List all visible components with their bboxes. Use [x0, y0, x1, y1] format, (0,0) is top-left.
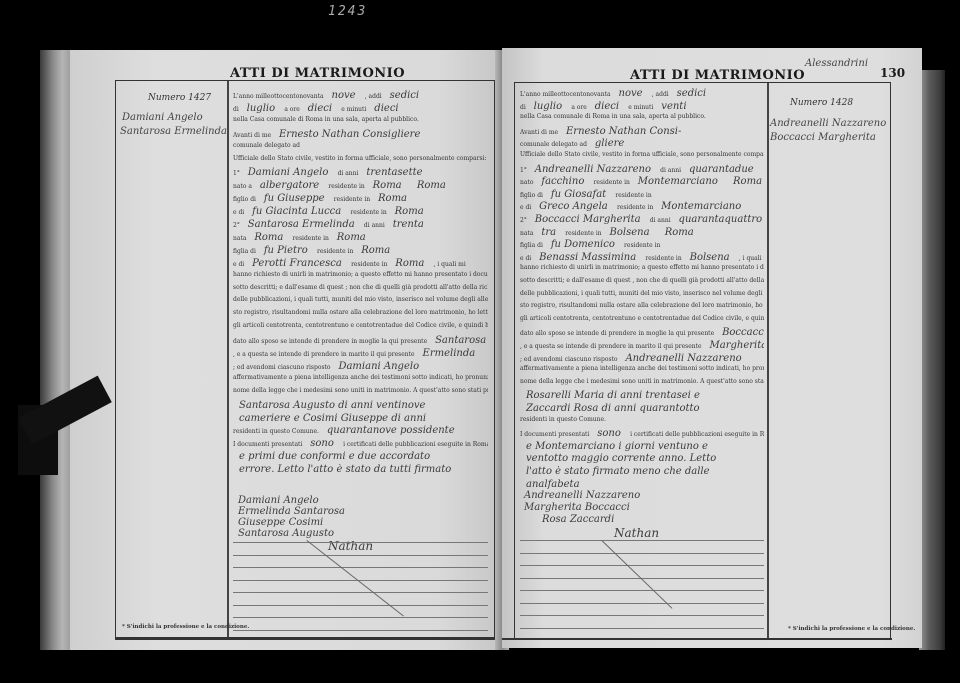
printed-text: affermativamente a piena intelligenza an…: [520, 365, 764, 372]
numero-value: 1427: [188, 93, 211, 103]
handwritten-entry: errore. Letto l'atto è stato da tutti fi…: [239, 464, 451, 475]
printed-text: nato: [520, 179, 535, 186]
handwritten-entry: Bolsena: [690, 252, 733, 263]
printed-text: residente in: [645, 255, 683, 262]
printed-text: ; ed avendomi ciascuno risposto: [233, 364, 332, 371]
signature: Damiani Angelo: [238, 495, 319, 506]
handwritten-entry: fu Domenico: [551, 239, 618, 250]
right-footnote: * S'indichi la professione e la condizio…: [788, 626, 915, 632]
printed-text: a ore: [571, 104, 588, 111]
printed-text: residente in: [334, 196, 372, 203]
handwritten-entry: Greco Angela: [539, 201, 611, 212]
handwritten-entry: Ernesto Nathan Consigliere: [279, 129, 420, 140]
printed-text: nato a: [233, 183, 254, 190]
handwritten-entry: tra: [541, 227, 559, 238]
printed-text: sotto descritti; e dall'esame di quest ;…: [233, 284, 488, 291]
record-line: figlio di fu Giosafat residente in: [520, 189, 764, 200]
record-line: di luglio a ore dieci e minuti dieci: [233, 103, 488, 114]
ruled-line: [520, 565, 764, 566]
handwritten-entry: Roma: [378, 193, 407, 204]
printed-text: nella Casa comunale di Roma in una sala,…: [520, 113, 706, 120]
handwritten-entry: luglio: [247, 103, 279, 114]
handwritten-entry: Montemarciano: [638, 176, 721, 187]
printed-text: comunale delegato ad: [233, 142, 300, 149]
ruled-line: [520, 540, 764, 541]
printed-text: residente in: [293, 235, 331, 242]
record-line: I documenti presentati sono i certificat…: [233, 438, 488, 449]
ruled-line: [233, 630, 488, 631]
record-line: analfabeta: [520, 479, 764, 490]
handwritten-entry: Perotti Francesca: [252, 258, 345, 269]
printed-text: gli articoli centotrenta, centotrentuno …: [233, 322, 488, 329]
record-line: gli articoli centotrenta, centotrentuno …: [233, 322, 488, 329]
printed-text: di anni: [660, 167, 683, 174]
record-line: affermativamente a piena intelligenza an…: [520, 365, 764, 372]
handwritten-entry: dieci: [374, 103, 398, 114]
left-margin-divider: [227, 81, 229, 637]
printed-text: 2°: [520, 217, 529, 224]
printed-text: L'anno milleottocentonovanta: [233, 93, 326, 100]
printed-text: nome della legge che i medesimi sono uni…: [233, 387, 488, 394]
printed-text: , i quali mi: [433, 261, 465, 268]
record-line: l'atto è stato firmato meno che dalle: [520, 466, 764, 477]
record-line: sotto descritti; e dall'esame di quest ,…: [520, 277, 764, 284]
left-page: ATTI DI MATRIMONIO Numero 1427 Damiani A…: [70, 50, 502, 650]
printed-text: nella Casa comunale di Roma in una sala,…: [233, 116, 419, 123]
printed-text: figlio di: [520, 192, 545, 199]
printed-text: , addì: [652, 91, 671, 98]
printed-text: , addì: [365, 93, 384, 100]
handwritten-entry: quarantanove possidente: [327, 425, 455, 436]
record-line: delle pubblicazioni, i quali tutti, muni…: [520, 290, 764, 297]
handwritten-entry: Santarosa Ermelinda: [248, 219, 358, 230]
handwritten-entry: Roma: [337, 232, 366, 243]
printed-text: delle pubblicazioni, i quali tutti, muni…: [520, 290, 764, 297]
handwritten-entry: Andreanelli Nazzareno: [625, 353, 741, 364]
record-line: Rosarelli Maria di anni trentasei e: [520, 390, 764, 401]
record-line: e di Perotti Francesca residente in Roma…: [233, 258, 488, 269]
printed-text: sotto descritti; e dall'esame di quest ,…: [520, 277, 764, 284]
printed-text: residente in: [594, 179, 632, 186]
record-line: nella Casa comunale di Roma in una sala,…: [233, 116, 488, 123]
printed-text: i certificati delle pubblicazioni esegui…: [343, 441, 488, 448]
printed-text: gli articoli centotrenta, centotrentuno …: [520, 315, 764, 322]
printed-text: ; ed avendomi ciascuno risposto: [520, 356, 619, 363]
printed-text: , e a questa se intende di prendere in m…: [233, 351, 417, 358]
record-line: delle pubblicazioni, i quali tutti, muni…: [233, 296, 488, 303]
handwritten-entry: fu Giuseppe: [264, 193, 328, 204]
numero-label: Numero: [790, 98, 827, 108]
printed-text: residente in: [624, 242, 660, 249]
record-line: e primi due conformi e due accordato: [233, 451, 488, 462]
handwritten-entry: Santarosa: [435, 335, 486, 346]
handwritten-entry: Boccacci: [722, 327, 764, 338]
printed-text: di: [233, 106, 241, 113]
record-line: , e a questa se intende di prendere in m…: [520, 340, 764, 351]
ruled-line: [233, 542, 488, 543]
handwritten-entry: nove: [332, 90, 359, 101]
register-book: ATTI DI MATRIMONIO Numero 1427 Damiani A…: [40, 44, 945, 669]
handwritten-entry: Benassi Massimina: [539, 252, 639, 263]
record-line: ventotto maggio corrente anno. Letto: [520, 453, 764, 464]
printed-text: residente in: [350, 209, 388, 216]
handwritten-entry: l'atto è stato firmato meno che dalle: [526, 466, 710, 477]
printed-text: 2°: [233, 222, 242, 229]
handwritten-entry: quarantadue: [689, 164, 754, 175]
handwritten-entry: nove: [619, 88, 646, 99]
handwritten-entry: sono: [597, 428, 624, 439]
record-line: comunale delegato ad gliere: [520, 138, 764, 149]
record-line: Zaccardi Rosa di anni quarantotto: [520, 403, 764, 414]
handwritten-entry: sedici: [677, 88, 706, 99]
numero-value: 1428: [830, 98, 853, 108]
record-line: ; ed avendomi ciascuno risposto Andreane…: [520, 353, 764, 364]
record-line: Santarosa Augusto di anni ventinove: [233, 400, 488, 411]
printed-text: delle pubblicazioni, i quali tutti, muni…: [233, 296, 488, 303]
record-line: nome della legge che i medesimi sono uni…: [520, 378, 764, 385]
printed-text: residente in: [615, 192, 651, 199]
printed-text: residenti in questo Comune.: [233, 428, 321, 435]
record-line: hanno richiesto di unirli in matrimonio;…: [520, 264, 764, 271]
record-line: 2° Boccacci Margherita di anni quarantaq…: [520, 214, 764, 225]
ruled-line: [520, 628, 764, 629]
printed-text: e di: [233, 209, 246, 216]
record-line: Avanti di me Ernesto Nathan Consi-: [520, 126, 764, 137]
printed-text: residente in: [351, 261, 389, 268]
handwritten-entry: venti: [661, 101, 686, 112]
handwritten-entry: Roma: [373, 180, 405, 191]
printed-text: affermativamente a piena intelligenza an…: [233, 374, 488, 381]
printed-text: i certificati delle pubblicazioni esegui…: [630, 431, 764, 438]
handwritten-entry: Andreanelli Nazzareno: [535, 164, 654, 175]
record-line: residenti in questo Comune.: [520, 416, 764, 423]
printed-text: a ore: [284, 106, 301, 113]
handwritten-entry: luglio: [534, 101, 566, 112]
record-line: e di fu Giacinta Lucca residente in Roma: [233, 206, 488, 217]
record-line: nato facchino residente in Montemarciano…: [520, 176, 764, 187]
record-line: 1° Damiani Angelo di anni trentasette: [233, 167, 488, 178]
right-margin-name-1: Andreanelli Nazzareno: [770, 118, 886, 129]
left-margin-name-1: Damiani Angelo: [122, 112, 203, 123]
ruled-line: [520, 553, 764, 554]
record-line: nella Casa comunale di Roma in una sala,…: [520, 113, 764, 120]
printed-text: sto registro, risultandomi nulla ostare …: [520, 302, 764, 309]
printed-text: figlio di: [233, 196, 258, 203]
printed-text: nata: [520, 230, 535, 237]
handwritten-entry: Bolsena: [610, 227, 653, 238]
left-page-header: ATTI DI MATRIMONIO: [230, 66, 405, 81]
printed-text: 1°: [520, 167, 529, 174]
record-line: dato allo sposo se intende di prendere i…: [520, 327, 764, 338]
ruled-line: [520, 615, 764, 616]
printed-text: di anni: [364, 222, 387, 229]
printed-text: comunale delegato ad: [520, 141, 589, 148]
handwritten-entry: Roma: [733, 176, 762, 187]
printed-text: nome della legge che i medesimi sono uni…: [520, 378, 764, 385]
right-bottom-rule: [502, 638, 892, 640]
handwritten-entry: Damiani Angelo: [248, 167, 332, 178]
handwritten-entry: fu Giosafat: [551, 189, 609, 200]
printed-text: Avanti di me: [233, 132, 273, 139]
printed-text: e di: [520, 204, 533, 211]
handwritten-entry: analfabeta: [526, 479, 580, 490]
handwritten-entry: Rosarelli Maria di anni trentasei e: [526, 390, 700, 401]
ruled-line: [520, 590, 764, 591]
printed-text: di anni: [338, 170, 361, 177]
record-line: sto registro, risultandomi nulla ostare …: [233, 309, 488, 316]
printed-text: residente in: [617, 204, 655, 211]
left-bottom-rule: [115, 638, 505, 640]
right-margin-name-2: Boccacci Margherita: [770, 132, 876, 143]
record-line: 1° Andreanelli Nazzareno di anni quarant…: [520, 164, 764, 175]
printed-text: Ufficiale dello Stato civile, vestito in…: [233, 155, 486, 162]
record-line: gli articoli centotrenta, centotrentuno …: [520, 315, 764, 322]
record-line: nato a albergatore residente in Roma Rom…: [233, 180, 488, 191]
record-line: e di Benassi Massimina residente in Bols…: [520, 252, 764, 263]
book-edge-right: [919, 70, 945, 650]
printed-text: residente in: [317, 248, 355, 255]
record-line: Avanti di me Ernesto Nathan Consigliere: [233, 129, 488, 140]
handwritten-entry: Roma: [361, 245, 390, 256]
printed-text: , i quali mi: [739, 255, 764, 262]
handwritten-entry: fu Giacinta Lucca: [252, 206, 344, 217]
ruled-line: [233, 617, 488, 618]
handwritten-entry: Montemarciano: [661, 201, 741, 212]
ruled-line: [520, 603, 764, 604]
handwritten-entry: Roma: [417, 180, 446, 191]
printed-text: hanno richiesto di unirli in matrimonio;…: [520, 264, 764, 271]
record-line: dato allo sposo se intende di prendere i…: [233, 335, 488, 346]
ruled-line: [233, 605, 488, 606]
record-line: comunale delegato ad: [233, 142, 488, 149]
signature: Margherita Boccacci: [524, 502, 630, 513]
record-line: Ufficiale dello Stato civile, vestito in…: [520, 151, 764, 158]
printed-text: dato allo sposo se intende di prendere i…: [233, 338, 429, 345]
record-line: 2° Santarosa Ermelinda di anni trenta: [233, 219, 488, 230]
printed-text: e di: [233, 261, 246, 268]
printed-text: I documenti presentati: [233, 441, 304, 448]
record-line: sto registro, risultandomi nulla ostare …: [520, 302, 764, 309]
printed-text: sto registro, risultandomi nulla ostare …: [233, 309, 488, 316]
handwritten-entry: Zaccardi Rosa di anni quarantotto: [526, 403, 700, 414]
record-line: L'anno milleottocentonovanta nove , addì…: [520, 88, 764, 99]
handwritten-entry: dieci: [308, 103, 336, 114]
handwritten-entry: fu Pietro: [264, 245, 311, 256]
signature: Giuseppe Cosimi: [238, 517, 323, 528]
record-line: Ufficiale dello Stato civile, vestito in…: [233, 155, 488, 162]
record-line: figlia di fu Pietro residente in Roma: [233, 245, 488, 256]
handwritten-entry: Margherita: [710, 340, 764, 351]
record-line: nata Roma residente in Roma: [233, 232, 488, 243]
handwritten-entry: Roma: [395, 258, 427, 269]
ruled-line: [233, 567, 488, 568]
printed-text: di anni: [650, 217, 673, 224]
page-number: 130: [880, 66, 905, 80]
handwritten-entry: ventotto maggio corrente anno. Letto: [526, 453, 716, 464]
printed-text: e di: [520, 255, 533, 262]
handwritten-entry: Roma: [254, 232, 286, 243]
handwritten-entry: sono: [310, 438, 337, 449]
printed-text: e minuti: [341, 106, 368, 113]
handwritten-entry: Ernesto Nathan Consi-: [566, 126, 681, 137]
record-line: L'anno milleottocentonovanta nove , addì…: [233, 90, 488, 101]
right-margin-divider: [767, 83, 769, 638]
right-annotation: Alessandrini: [805, 58, 868, 69]
ruled-line: [233, 555, 488, 556]
handwritten-entry: cameriere e Cosimi Giuseppe di anni: [239, 413, 426, 424]
handwritten-entry: Roma: [665, 227, 694, 238]
printed-text: I documenti presentati: [520, 431, 591, 438]
printed-text: hanno richiesto di unirli in matrimonio;…: [233, 271, 488, 278]
record-line: di luglio a ore dieci e minuti venti: [520, 101, 764, 112]
record-line: sotto descritti; e dall'esame di quest ;…: [233, 284, 488, 291]
signature: Santarosa Augusto: [238, 528, 334, 539]
handwritten-entry: sedici: [390, 90, 419, 101]
left-numero: Numero 1427: [148, 93, 211, 103]
printed-text: 1°: [233, 170, 242, 177]
handwritten-entry: gliere: [595, 138, 624, 149]
printed-text: figlia di: [233, 248, 258, 255]
handwritten-entry: Roma: [395, 206, 424, 217]
printed-text: Avanti di me: [520, 129, 560, 136]
record-line: affermativamente a piena intelligenza an…: [233, 374, 488, 381]
handwritten-entry: Ermelinda: [423, 348, 476, 359]
record-line: I documenti presentati sono i certificat…: [520, 428, 764, 439]
ruled-line: [233, 580, 488, 581]
handwritten-entry: dieci: [595, 101, 623, 112]
record-line: , e a questa se intende di prendere in m…: [233, 348, 488, 359]
frame-number: 1243: [328, 4, 367, 19]
record-line: hanno richiesto di unirli in matrimonio;…: [233, 271, 488, 278]
record-line: figlia di fu Domenico residente in: [520, 239, 764, 250]
handwritten-entry: Santarosa Augusto di anni ventinove: [239, 400, 425, 411]
printed-text: Ufficiale dello Stato civile, vestito in…: [520, 151, 764, 158]
record-line: ; ed avendomi ciascuno risposto Damiani …: [233, 361, 488, 372]
signature: Andreanelli Nazzareno: [524, 490, 640, 501]
record-line: e Montemarciano i giorni ventuno e: [520, 441, 764, 452]
signature: Rosa Zaccardi: [542, 514, 614, 525]
left-footnote: * S'indichi la professione e la condizio…: [122, 624, 249, 630]
record-line: cameriere e Cosimi Giuseppe di anni: [233, 413, 488, 424]
handwritten-entry: albergatore: [260, 180, 323, 191]
handwritten-entry: quarantaquattro: [679, 214, 763, 225]
signature: Nathan: [614, 526, 659, 540]
record-line: nata tra residente in Bolsena Roma: [520, 227, 764, 238]
right-numero: Numero 1428: [790, 98, 853, 108]
printed-text: L'anno milleottocentonovanta: [520, 91, 613, 98]
handwritten-entry: Boccacci Margherita: [535, 214, 644, 225]
handwritten-entry: trentasette: [366, 167, 422, 178]
printed-text: figlia di: [520, 242, 545, 249]
record-line: figlio di fu Giuseppe residente in Roma: [233, 193, 488, 204]
record-line: residenti in questo Comune. quarantanove…: [233, 425, 488, 436]
printed-text: residente in: [328, 183, 366, 190]
handwritten-entry: trenta: [393, 219, 424, 230]
printed-text: dato allo sposo se intende di prendere i…: [520, 330, 716, 337]
printed-text: , e a questa se intende di prendere in m…: [520, 343, 704, 350]
record-line: nome della legge che i medesimi sono uni…: [233, 387, 488, 394]
book-edge-left: [40, 50, 72, 650]
left-margin-name-2: Santarosa Ermelinda: [120, 126, 227, 137]
printed-text: residenti in questo Comune.: [520, 416, 606, 423]
signature: Ermelinda Santarosa: [238, 506, 345, 517]
right-page-header: ATTI DI MATRIMONIO: [630, 68, 805, 83]
ruled-line: [233, 592, 488, 593]
printed-text: residente in: [565, 230, 603, 237]
handwritten-entry: e primi due conformi e due accordato: [239, 451, 430, 462]
right-page: ATTI DI MATRIMONIO Alessandrini 130 Nume…: [502, 48, 922, 648]
handwritten-entry: facchino: [541, 176, 587, 187]
record-line: e di Greco Angela residente in Montemarc…: [520, 201, 764, 212]
printed-text: di: [520, 104, 528, 111]
printed-text: e minuti: [628, 104, 655, 111]
record-line: errore. Letto l'atto è stato da tutti fi…: [233, 464, 488, 475]
handwritten-entry: e Montemarciano i giorni ventuno e: [526, 441, 708, 452]
printed-text: nata: [233, 235, 248, 242]
numero-label: Numero: [148, 93, 185, 103]
handwritten-entry: Damiani Angelo: [338, 361, 419, 372]
